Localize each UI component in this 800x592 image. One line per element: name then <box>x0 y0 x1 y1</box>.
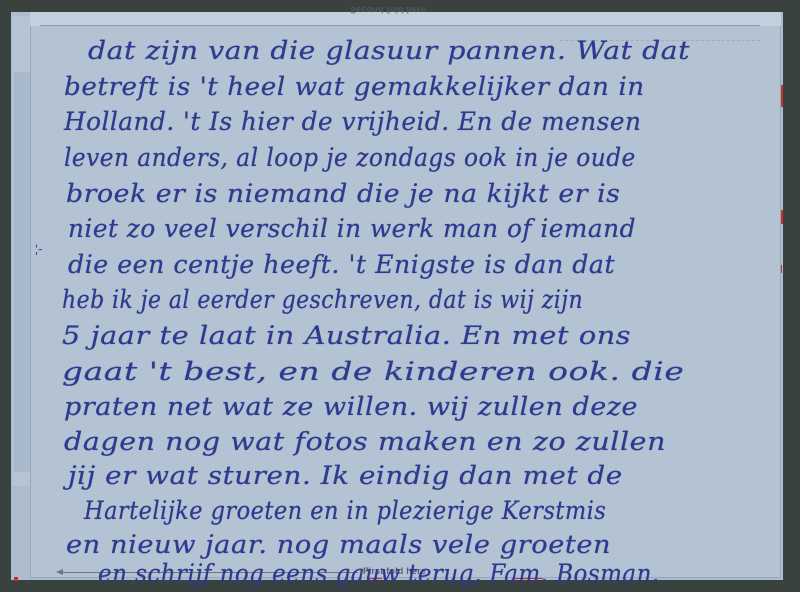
letter-line: Holland. 't Is hier de vrijheid. En de m… <box>64 107 641 136</box>
letter-line: leven anders, al loop je zondags ook in … <box>64 143 636 172</box>
margin-mark: -'- <box>30 244 44 255</box>
aerogramme-inner-flap <box>14 72 30 472</box>
second-fold-label: Second fold here <box>350 5 426 15</box>
letter-line: broek er is niemand die je na kijkt er i… <box>66 179 620 208</box>
letter-line: niet zo veel verschil in werk man of iem… <box>68 214 636 243</box>
letter-line: jij er wat sturen. Ik eindig dan met de <box>68 461 623 490</box>
airmail-border-stripe <box>14 577 18 581</box>
letter-line: 5 jaar te laat in Australia. En met ons <box>62 321 631 350</box>
letter-line: praten net wat ze willen. wij zullen dez… <box>64 392 638 421</box>
letter-line: dagen nog wat fotos maken en zo zullen <box>64 427 666 456</box>
letter-line: gaat 't best, en de kinderen ook. die <box>62 357 684 386</box>
letter-line: betreft is 't heel wat gemakkelijker dan… <box>64 72 645 101</box>
letter-line: die een centje heeft. 't Enigste is dan … <box>68 250 615 279</box>
letter-line: en schrijf nog eens gauw terug, Fam. Bos… <box>98 559 660 588</box>
letter-line: Hartelijke groeten en in plezierige Kers… <box>84 496 606 525</box>
fold-line <box>40 25 760 26</box>
letter-line: dat zijn van die glasuur pannen. Wat dat <box>88 36 690 65</box>
letter-line: en nieuw jaar. nog maals vele groeten <box>66 530 611 559</box>
letter-line: heb ik je al eerder geschreven, dat is w… <box>62 285 583 314</box>
